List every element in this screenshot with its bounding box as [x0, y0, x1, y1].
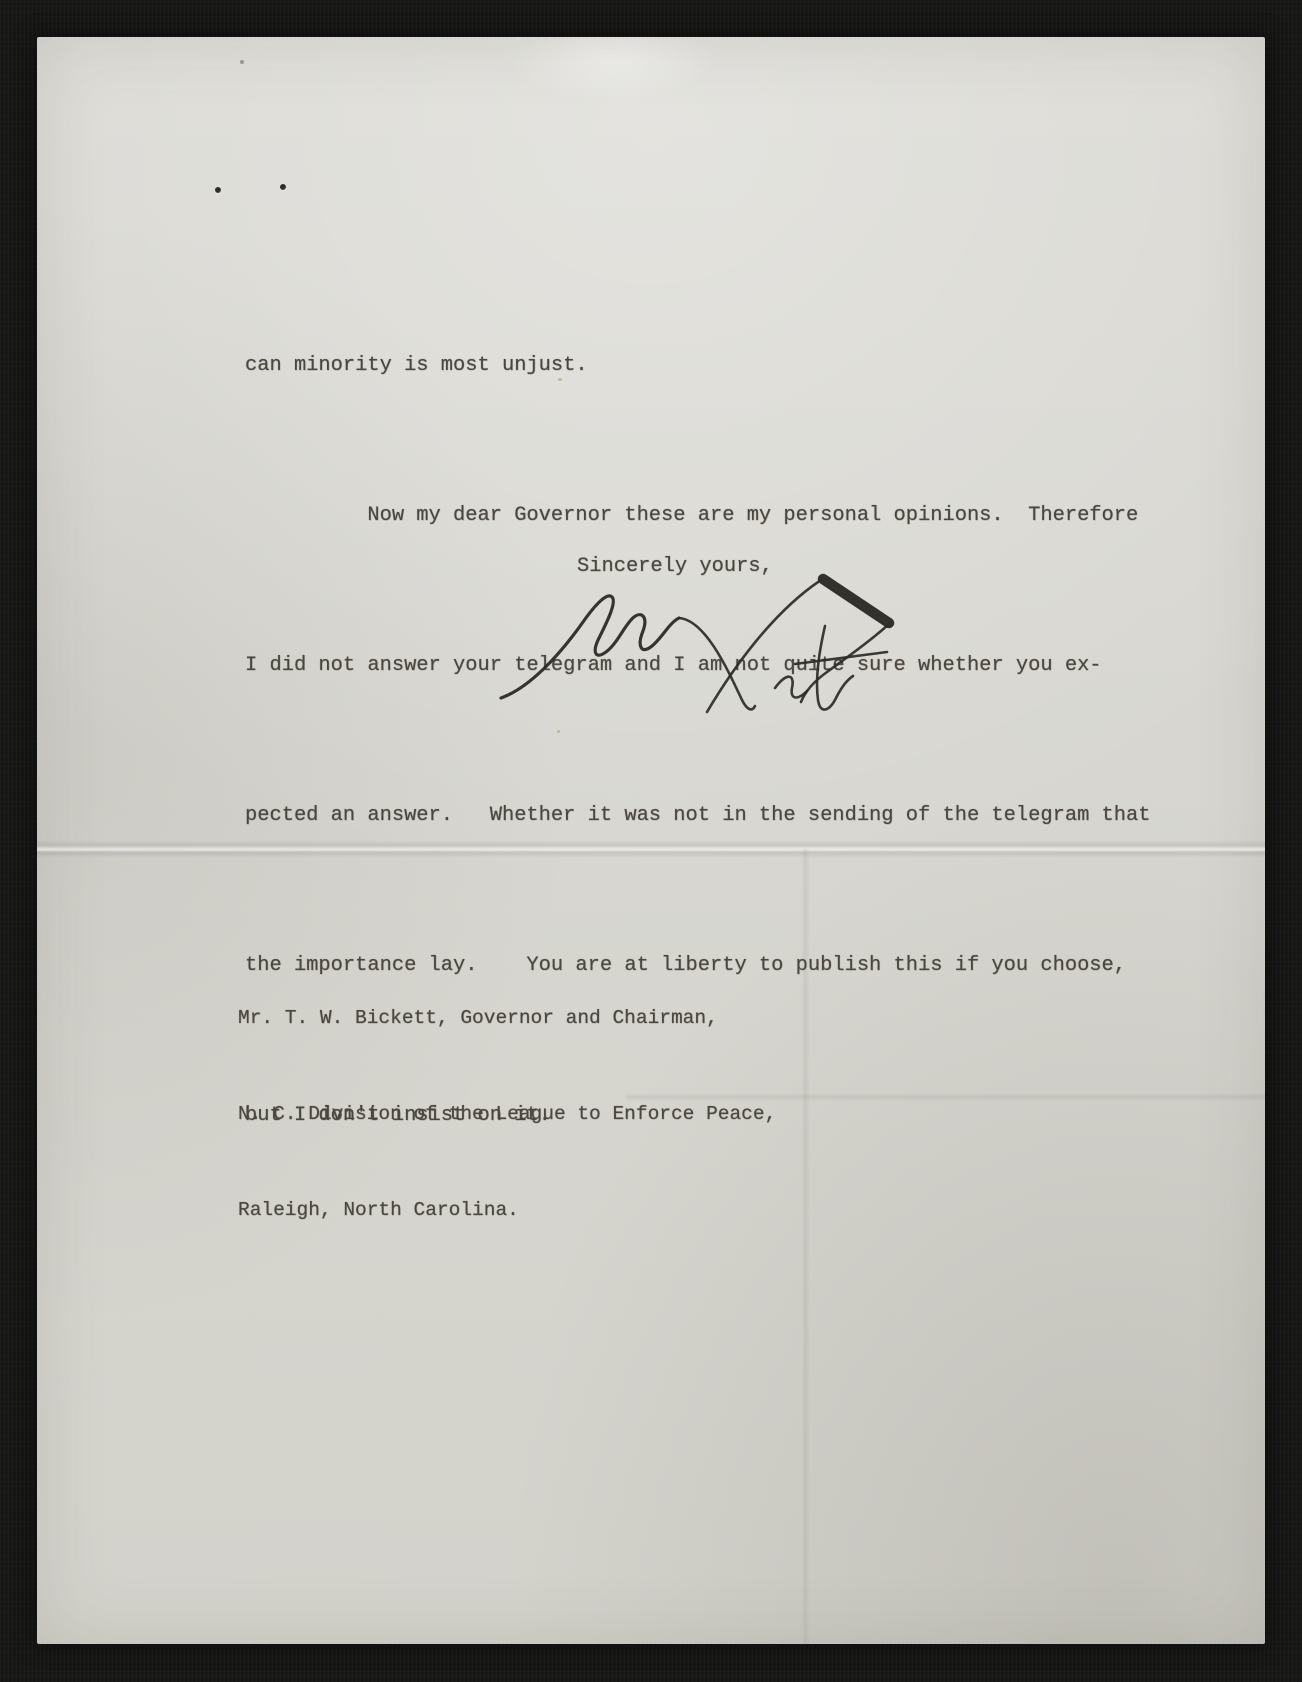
signature-wm-h-taft: Wm. H. Taft	[495, 560, 905, 730]
paper-speck	[240, 60, 244, 64]
body-line: Now my dear Governor these are my person…	[245, 491, 1151, 541]
recipient-address-block: Mr. T. W. Bickett, Governor and Chairman…	[238, 938, 776, 1290]
scanned-letter-page: can minority is most unjust. Now my dear…	[0, 0, 1302, 1682]
body-line: can minority is most unjust.	[245, 341, 1151, 391]
paper-crease-highlight	[457, 37, 717, 157]
letter-paper: can minority is most unjust. Now my dear…	[37, 37, 1265, 1644]
address-line: Mr. T. W. Bickett, Governor and Chairman…	[238, 1002, 776, 1034]
body-line: pected an answer. Whether it was not in …	[245, 791, 1151, 841]
pin-hole	[280, 184, 286, 190]
address-line: N. C. Division of the League to Enforce …	[238, 1098, 776, 1130]
address-line: Raleigh, North Carolina.	[238, 1194, 776, 1226]
pin-hole	[215, 187, 221, 193]
